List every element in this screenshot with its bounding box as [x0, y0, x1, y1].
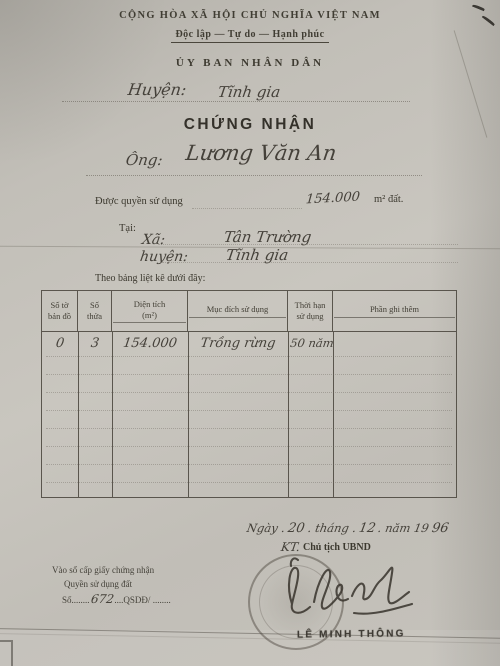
row-rule: [46, 446, 452, 447]
registry-dots: ........: [153, 595, 171, 605]
column-header-purpose: Mục đích sử dụng: [188, 291, 288, 331]
ruled-line: [192, 207, 302, 209]
paper-corner-mark: [0, 640, 13, 666]
day-value: 20: [287, 521, 306, 536]
registry-line-3: Số........672....QSDĐ/ ........: [62, 593, 171, 605]
document-photo: CỘNG HÒA XÃ HỘI CHỦ NGHĨA VIỆT NAM Độc l…: [0, 0, 500, 666]
ruled-line: [162, 261, 458, 263]
table-body: 0 3 154.000 Trồng rừng 50 năm: [42, 332, 456, 497]
column-header-map-sheet: Số tờ bản đồ: [42, 291, 78, 331]
year-value: 96: [431, 521, 450, 536]
grant-label: Được quyền sử dụng: [95, 196, 183, 207]
grantee-label: Ông:: [125, 151, 164, 169]
row-rule: [46, 428, 452, 429]
row-rule: [46, 410, 452, 411]
motto: Độc lập — Tự do — Hạnh phúc: [171, 29, 328, 43]
row-rule: [46, 356, 452, 357]
registry-qsdd-label: QSDĐ/: [123, 595, 150, 605]
grantee-name: Lương Văn An: [184, 141, 338, 165]
thang-label: . tháng .: [306, 521, 357, 535]
parcel-number-value: 3: [77, 336, 113, 351]
commune-label-handwritten: Xã:: [141, 232, 166, 248]
district-value-handwritten: Tĩnh gia: [217, 83, 282, 101]
registry-line-2: Quyền sử dụng đất: [64, 580, 132, 589]
registry-dots: ........: [72, 595, 90, 605]
registry-line-1: Vào sổ cấp giấy chứng nhận: [52, 566, 154, 575]
nam-label: . năm 19: [377, 521, 430, 535]
issuer-title: ỦY BAN NHÂN DÂN: [0, 57, 500, 69]
fold-crease-bottom-shadow: [0, 633, 500, 644]
signature: [276, 552, 428, 626]
land-parcel-table: Số tờ bản đồ Số thửa Diện tích (m²) Mục …: [41, 290, 457, 498]
certificate-title: CHỨNG NHẬN: [0, 116, 500, 134]
district-label-handwritten: Huyện:: [127, 80, 188, 99]
table-header-row: Số tờ bản đồ Số thửa Diện tích (m²) Mục …: [42, 291, 456, 332]
column-header-parcel: Số thửa: [78, 291, 112, 331]
ngay-label: Ngày .: [246, 521, 287, 535]
date-line: Ngày . 20 . tháng . 12 . năm 19 96: [247, 521, 449, 536]
ruled-line: [86, 174, 422, 176]
motto-line: Độc lập — Tự do — Hạnh phúc: [0, 24, 500, 43]
row-rule: [46, 392, 452, 393]
table-intro: Theo bảng liệt kê dưới đây:: [95, 273, 205, 284]
certificate-paper: CỘNG HÒA XÃ HỘI CHỦ NGHĨA VIỆT NAM Độc l…: [0, 0, 500, 666]
column-header-tenure: Thời hạn sử dụng: [288, 291, 333, 331]
ruled-line: [158, 243, 458, 245]
tenure-value: 50 năm: [285, 336, 339, 350]
location-label: Tại:: [119, 223, 136, 234]
registry-number-label: Số: [62, 595, 72, 605]
map-sheet-value: 0: [41, 336, 79, 351]
row-rule: [46, 482, 452, 483]
row-rule: [46, 464, 452, 465]
area-value-handwritten: 154.000: [305, 190, 360, 208]
area-unit: m² đất.: [374, 194, 403, 205]
month-value: 12: [358, 521, 377, 536]
land-use-purpose-value: Trồng rừng: [187, 336, 289, 351]
column-header-area: Diện tích (m²): [112, 291, 188, 331]
registry-number-handwritten: 672: [90, 593, 115, 605]
national-title: CỘNG HÒA XÃ HỘI CHỦ NGHĨA VIỆT NAM: [0, 10, 500, 21]
ruled-line: [62, 100, 410, 102]
column-header-notes: Phần ghi thêm: [333, 291, 456, 331]
area-cell-value: 154.000: [111, 336, 189, 351]
row-rule: [46, 374, 452, 375]
